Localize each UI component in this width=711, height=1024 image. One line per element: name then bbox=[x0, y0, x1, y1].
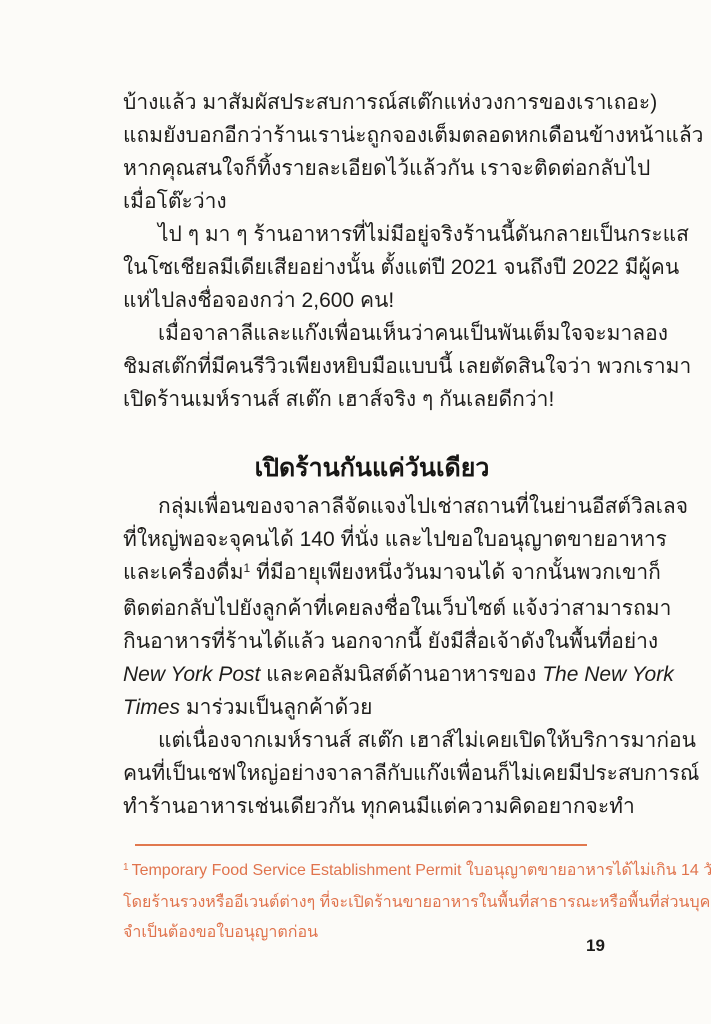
text-line: ชิมสเต๊กที่มีคนรีวิวเพียงหยิบมือแบบนี้ เ… bbox=[123, 350, 621, 383]
text-line: กลุ่มเพื่อนของจาลาลีจัดแจงไปเช่าสถานที่ใ… bbox=[123, 490, 621, 523]
paragraph: เมื่อจาลาลีและแก๊งเพื่อนเห็นว่าคนเป็นพัน… bbox=[123, 317, 621, 416]
footnote-marker: 1 bbox=[123, 862, 129, 873]
text-segment: และคอลัมนิสต์ด้านอาหารของ bbox=[260, 663, 542, 686]
paragraph: ไป ๆ มา ๆ ร้านอาหารที่ไม่มีอยู่จริงร้านน… bbox=[123, 218, 621, 317]
text-segment: มาร่วมเป็นลูกค้าด้วย bbox=[180, 696, 372, 719]
text-line: คนที่เป็นเชฟใหญ่อย่างจาลาลีกับแก๊งเพื่อน… bbox=[123, 757, 621, 790]
text-line: ทำร้านอาหารเช่นเดียวกัน ทุกคนมีแต่ความคิ… bbox=[123, 790, 621, 823]
paragraph: แต่เนื่องจากเมห์รานส์ สเต๊ก เฮาส์ไม่เคยเ… bbox=[123, 724, 621, 823]
text-line: Times มาร่วมเป็นลูกค้าด้วย bbox=[123, 691, 621, 724]
section-heading: เปิดร้านกันแค่วันเดียว bbox=[123, 448, 621, 488]
text-line: ที่ใหญ่พอจะจุคนได้ 140 ที่นั่ง และไปขอใบ… bbox=[123, 523, 621, 556]
text-line: ติดต่อกลับไปยังลูกค้าที่เคยลงชื่อในเว็บไ… bbox=[123, 592, 621, 625]
footnote-reference: 1 bbox=[244, 561, 251, 575]
text-line: แต่เนื่องจากเมห์รานส์ สเต๊ก เฮาส์ไม่เคยเ… bbox=[123, 724, 621, 757]
text-line: เมื่อโต๊ะว่าง bbox=[123, 185, 621, 218]
text-line: แห่ไปลงชื่อจองกว่า 2,600 คน! bbox=[123, 284, 621, 317]
text-segment: และเครื่องดื่ม bbox=[123, 561, 244, 584]
footnote-line: จำเป็นต้องขอใบอนุญาตก่อน bbox=[123, 918, 628, 948]
text-line: และเครื่องดื่ม1 ที่มีอายุเพียงหนึ่งวันมา… bbox=[123, 556, 621, 592]
page-content: บ้างแล้ว มาสัมผัสประสบการณ์สเต๊กแห่งวงกา… bbox=[123, 86, 621, 823]
page-number: 19 bbox=[586, 936, 605, 956]
footnote-line: 1Temporary Food Service Establishment Pe… bbox=[123, 856, 628, 888]
text-line: ในโซเชียลมีเดียเสียอย่างนั้น ตั้งแต่ปี 2… bbox=[123, 251, 621, 284]
text-line: บ้างแล้ว มาสัมผัสประสบการณ์สเต๊กแห่งวงกา… bbox=[123, 86, 621, 119]
footnote-text: Temporary Food Service Establishment Per… bbox=[132, 862, 711, 879]
footnote-line: โดยร้านรวงหรืออีเวนต์ต่างๆ ที่จะเปิดร้าน… bbox=[123, 888, 628, 918]
text-line: เปิดร้านเมห์รานส์ สเต๊ก เฮาส์จริง ๆ กันเ… bbox=[123, 383, 621, 416]
text-line: New York Post และคอลัมนิสต์ด้านอาหารของ … bbox=[123, 658, 621, 691]
text-line: หากคุณสนใจก็ทิ้งรายละเอียดไว้แล้วกัน เรา… bbox=[123, 152, 621, 185]
footnote-divider bbox=[135, 844, 587, 846]
text-line: ไป ๆ มา ๆ ร้านอาหารที่ไม่มีอยู่จริงร้านน… bbox=[123, 218, 621, 251]
publication-name: The New York bbox=[542, 663, 674, 686]
paragraph: บ้างแล้ว มาสัมผัสประสบการณ์สเต๊กแห่งวงกา… bbox=[123, 86, 621, 218]
paragraph: กลุ่มเพื่อนของจาลาลีจัดแจงไปเช่าสถานที่ใ… bbox=[123, 490, 621, 724]
text-line: แถมยังบอกอีกว่าร้านเราน่ะถูกจองเต็มตลอดห… bbox=[123, 119, 621, 152]
book-page: บ้างแล้ว มาสัมผัสประสบการณ์สเต๊กแห่งวงกา… bbox=[0, 0, 711, 1024]
text-line: เมื่อจาลาลีและแก๊งเพื่อนเห็นว่าคนเป็นพัน… bbox=[123, 317, 621, 350]
footnote: 1Temporary Food Service Establishment Pe… bbox=[123, 856, 628, 948]
text-segment: ที่มีอายุเพียงหนึ่งวันมาจนได้ จากนั้นพวก… bbox=[250, 561, 661, 584]
publication-name: Times bbox=[123, 696, 180, 719]
text-line: กินอาหารที่ร้านได้แล้ว นอกจากนี้ ยังมีสื… bbox=[123, 625, 621, 658]
publication-name: New York Post bbox=[123, 663, 260, 686]
